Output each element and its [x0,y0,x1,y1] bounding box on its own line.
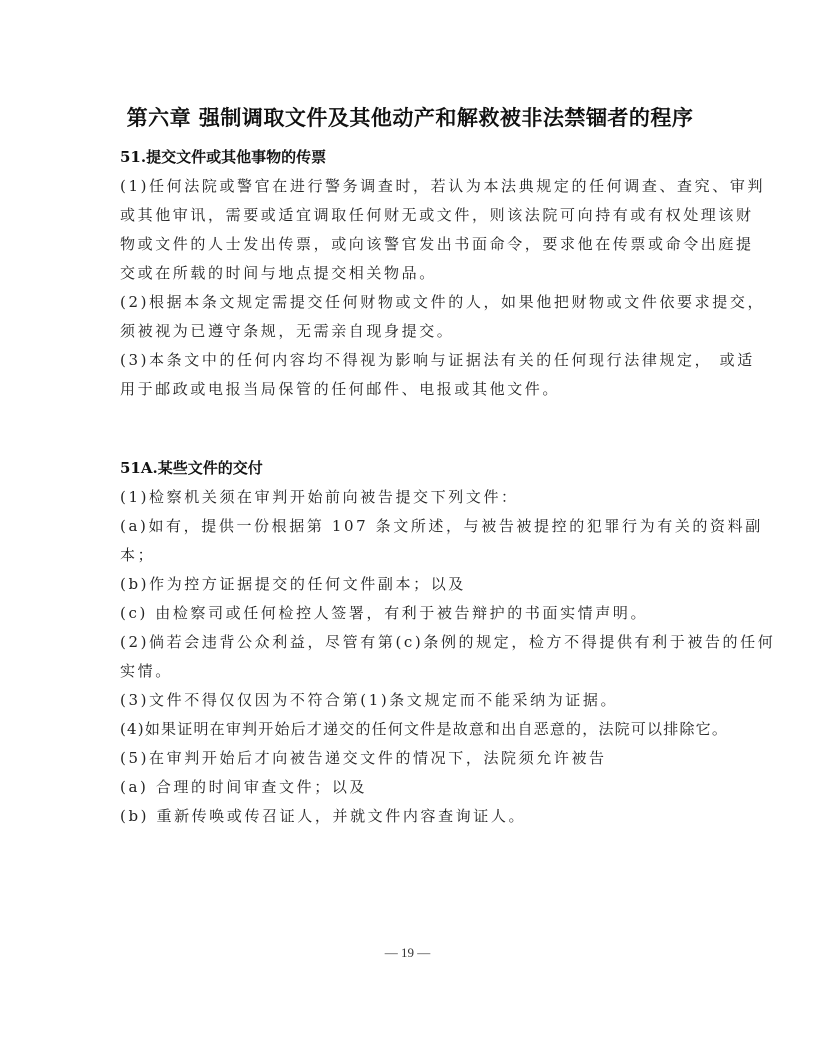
document-page: 第六章 强制调取文件及其他动产和解救被非法禁锢者的程序 51.提交文件或其他事物… [0,0,815,1055]
paragraph-line: (3)文件不得仅仅因为不符合第(1)条文规定而不能采纳为证据。 [120,686,700,715]
document-body: 51.提交文件或其他事物的传票 (1)任何法院或警官在进行警务调查时，若认为本法… [120,143,700,831]
paragraph-line: (a) 合理的时间审查文件；以及 [120,773,700,802]
paragraph-line: (5)在审判开始后才向被告递交文件的情况下，法院须允许被告 [120,744,700,773]
paragraph-line: 实情。 [120,657,700,686]
section-heading: 51.提交文件或其他事物的传票 [120,143,700,172]
paragraph-line: (2)根据本条文规定需提交任何财物或文件的人，如果他把财物或文件依要求提交， [120,288,700,317]
paragraph-line: 物或文件的人士发出传票，或向该警官发出书面命令，要求他在传票或命令出庭提 [120,230,700,259]
section-51: 51.提交文件或其他事物的传票 (1)任何法院或警官在进行警务调查时，若认为本法… [120,143,700,404]
paragraph-line: (a)如有，提供一份根据第 107 条文所述，与被告被提控的犯罪行为有关的资料副 [120,512,700,541]
paragraph-line: 本； [120,541,700,570]
paragraph-line: (b)作为控方证据提交的任何文件副本；以及 [120,570,700,599]
page-number: — 19 — [0,945,815,961]
paragraph-line: (1)任何法院或警官在进行警务调查时，若认为本法典规定的任何调查、查究、审判 [120,172,700,201]
paragraph-line: (4)如果证明在审判开始后才递交的任何文件是故意和出自恶意的，法院可以排除它。 [120,715,700,744]
section-heading: 51A.某些文件的交付 [120,454,700,483]
section-51a: 51A.某些文件的交付 (1)检察机关须在审判开始前向被告提交下列文件： (a)… [120,454,700,831]
paragraph-line: 用于邮政或电报当局保管的任何邮件、电报或其他文件。 [120,375,700,404]
paragraph-line: (b) 重新传唤或传召证人，并就文件内容查询证人。 [120,802,700,831]
paragraph-line: 须被视为已遵守条规，无需亲自现身提交。 [120,317,700,346]
paragraph-line: (c) 由检察司或任何检控人签署，有利于被告辩护的书面实情声明。 [120,599,700,628]
chapter-title: 第六章 强制调取文件及其他动产和解救被非法禁锢者的程序 [110,102,710,132]
paragraph-line: 或其他审讯，需要或适宜调取任何财无或文件，则该法院可向持有或有权处理该财 [120,201,700,230]
paragraph-line: 交或在所载的时间与地点提交相关物品。 [120,259,700,288]
paragraph-line: (1)检察机关须在审判开始前向被告提交下列文件： [120,483,700,512]
section-spacer [120,404,700,454]
paragraph-line: (3)本条文中的任何内容均不得视为影响与证据法有关的任何现行法律规定， 或适 [120,346,700,375]
paragraph-line: (2)倘若会违背公众利益，尽管有第(c)条例的规定，检方不得提供有利于被告的任何 [120,628,700,657]
